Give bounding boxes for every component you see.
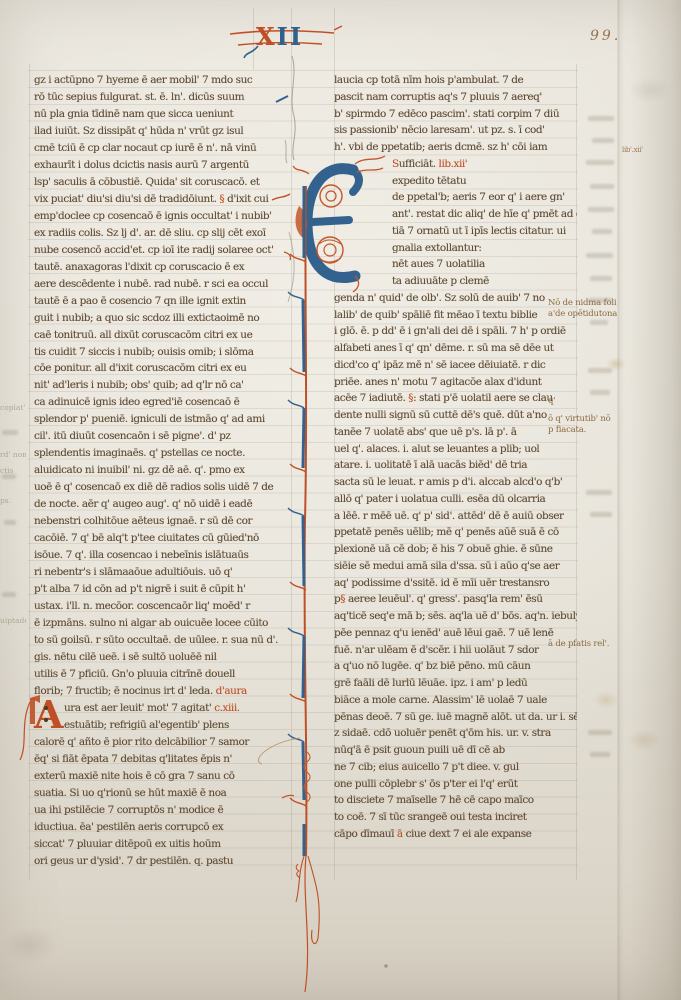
- body-text: gz i actūpno 7 hyeme ē aer mobil' 7 mdo …: [34, 74, 252, 86]
- body-text: ex radiis colis. Sz lj d'. ar. dē sliu. …: [34, 227, 266, 239]
- body-text: ufficiāt.: [399, 158, 439, 170]
- body-text: to sū goilsū. r sūto occultaē. de uūlee.…: [34, 634, 278, 646]
- margin-note-line: p fiacata.: [548, 425, 680, 436]
- body-text: aeree leuēul'. q' gress'. pasq'la rem' ē…: [345, 593, 542, 605]
- text-line: pascit nam corruptis aq's 7 pluuis 7 aer…: [334, 89, 577, 106]
- body-text: ri nebentr's i slāmaaōue adultiōuis. uō …: [34, 566, 232, 578]
- body-text: aq'ticē seq'e mā b; sēs. aq'la uē d' bōs…: [334, 610, 577, 622]
- text-line: tautē ē a pao ē cosencio 7 qn ille ignit…: [34, 293, 293, 310]
- body-text: z sidaē. cdō uoluēr penēt q'ōm his. ur. …: [334, 727, 551, 739]
- ink-showthrough: [592, 138, 614, 143]
- text-line: splendor p' pueniē. igniculi de istmāo q…: [34, 411, 293, 428]
- body-text: acēe 7 iadiutē.: [334, 392, 408, 404]
- body-text: ppetatē penēs uēlib; mē q' penēs aūē suā…: [334, 526, 559, 538]
- text-line: expedito tētatu: [334, 173, 577, 190]
- ink-showthrough: [590, 512, 612, 517]
- numeral-blue-part: II: [277, 22, 303, 51]
- text-line: allō q' pater i uolatua culli. esēa dū o…: [334, 491, 577, 508]
- body-text: pēnas deoē. 7 sū ge. iuē magnē alōt. ut …: [334, 711, 577, 723]
- ink-showthrough: [586, 160, 614, 165]
- body-text: nebenstri colhitōue aēteus ignaē. r sū d…: [34, 515, 252, 527]
- text-line: ori geus ur d'ysid'. 7 dr pestilēn. q. p…: [34, 853, 293, 870]
- body-text: ura est aer leuit' mot' 7 agitat': [64, 702, 214, 714]
- ink-showthrough: [4, 520, 16, 525]
- body-text: siccat' 7 pluuiar ditēpoū ex uitis hoūm: [34, 838, 221, 850]
- text-line: laucia cp totā nīm hois p'ambulat. 7 de: [334, 72, 577, 89]
- text-line: ppetatē penēs uēlib; mē q' penēs aūē suā…: [334, 524, 577, 541]
- text-line: ēq' si fiāt ēpata 7 debitas q'litates ēp…: [34, 751, 293, 768]
- text-line: cōe ponitur. all d'ixit coruscacōm citri…: [34, 360, 293, 377]
- text-line: siēie sē medui amā sila d'ssa. sū i aūo …: [334, 558, 577, 575]
- body-text: allō q' pater i uolatua culli. esēa dū o…: [334, 493, 545, 505]
- text-line: aq'ticē seq'e mā b; sēs. aq'la uē d' bōs…: [334, 608, 577, 625]
- text-line: gis. nētu cilē ueē. i sē sultō uoluēē ni…: [34, 649, 293, 666]
- body-text: fuē. n'ar ulēam ē d'scēr. i hii uolāut 7…: [334, 644, 539, 656]
- body-text: a lēē. r mēē uē. q' p' sid'. attēd' dē ē…: [334, 510, 564, 522]
- text-line: siccat' 7 pluuiar ditēpoū ex uitis hoūm: [34, 836, 293, 853]
- margin-note-line: Nō de nidma foli: [548, 298, 680, 309]
- text-line: ta adiuuāte p clemē: [334, 273, 577, 290]
- text-line: alfabeti anes ī q' qn' dēme. r. sū ma sē…: [334, 340, 577, 357]
- margin-showthrough-note: uiptade: [0, 616, 26, 625]
- body-text: isōue. 7 q'. illa cosencao i nebeīnis is…: [34, 549, 248, 561]
- body-text: laucia cp totā nīm hois p'ambulat. 7 de: [334, 74, 523, 86]
- text-line: uoē ē q' cosencaō ex diē dē radios solis…: [34, 479, 293, 496]
- body-text: a q'uo nō lugēe. q' bz biē pēno. mū cāun: [334, 660, 530, 672]
- body-text: d'ixit cui: [227, 193, 268, 205]
- ink-showthrough: [590, 390, 610, 395]
- text-line: aluidicato ni inuibil' ni. gz dē aē. q'.…: [34, 462, 293, 479]
- body-text: cil'. itū diuūt cosencaōn i sē pigne'. d…: [34, 430, 231, 442]
- ink-showthrough: [2, 430, 18, 435]
- body-text: estuātib; refrigiū al'egentib' plens: [64, 719, 229, 731]
- body-text: lsp' saculis ā cōbustiē. Quida' sit coru…: [34, 176, 260, 188]
- text-line: ustax. i'll. n. mecōor. coscencaōr liq' …: [34, 598, 293, 615]
- body-text: de nocte. aēr q' augeo aug'. q' nō uidē …: [34, 498, 252, 510]
- manuscript-page: XII 99. gz i actūpno 7 hyeme ē aer mobil…: [0, 0, 681, 1000]
- text-line: ē izpmāns. sulno ni algar ab ouicuēe loc…: [34, 615, 293, 632]
- text-line: isōue. 7 q'. illa cosencao i nebeīnis is…: [34, 547, 293, 564]
- vertical-rule: [29, 64, 30, 880]
- body-text: guit i nubib; a quo sic scdoz illi extic…: [34, 312, 259, 324]
- body-text: nit' ad'leris i nubib; obs' quib; ad q'l…: [34, 379, 244, 391]
- text-line: to sū goilsū. r sūto occultaē. de uūlee.…: [34, 632, 293, 649]
- body-text: nū pla gnia tīdinē nam que sicca ueniunt: [34, 108, 233, 120]
- body-text: p't alba 7 id cōn ad p't nigrē i suit ē …: [34, 583, 245, 595]
- body-text: suatia. Si uo q'rionū se hūt maxiē ē noa: [34, 787, 226, 799]
- text-line: aq' podissime d'ssitē. id ē mīi uēr tres…: [334, 575, 577, 592]
- text-line: rō tūc sepius fulgurat. st. ē. ln'. dicū…: [34, 89, 293, 106]
- text-line: lalib' de quib' spāliē fit mēao ī textu …: [334, 307, 577, 324]
- text-line: fuē. n'ar ulēam ē d'scēr. i hii uolāut 7…: [334, 642, 577, 659]
- text-line: nū pla gnia tīdinē nam que sicca ueniunt: [34, 106, 293, 123]
- text-line: exhaurīt i dolus dcictis nasis aurū 7 ar…: [34, 157, 293, 174]
- margin-showthrough-note: rd' nom: [0, 450, 26, 459]
- margin-showthrough-note: coplat': [0, 403, 26, 412]
- body-text: gnalia extollantur:: [392, 242, 481, 254]
- text-line: nēt aues 7 uolatilia: [334, 256, 577, 273]
- body-text: vix puciat' diu'si diu'si dē tradidōiunt…: [34, 193, 219, 205]
- text-line: ex radiis colis. Sz lj d'. ar. dē sliu. …: [34, 225, 293, 242]
- text-line: nebenstri colhitōue aēteus ignaē. r sū d…: [34, 513, 293, 530]
- body-text: nēt aues 7 uolatilia: [392, 258, 485, 270]
- rubric-text: §: [219, 193, 227, 205]
- numeral-red-part: X: [256, 22, 277, 51]
- body-text: pascit nam corruptis aq's 7 pluuis 7 aer…: [334, 91, 542, 103]
- body-text: sis passionib' nēcio laresam'. ut pz. s.…: [334, 124, 545, 136]
- text-line: guit i nubib; a quo sic scdoz illi extic…: [34, 310, 293, 327]
- body-text: cacōiē. 7 q' bē alq't p'tee ciuitates cū…: [34, 532, 259, 544]
- text-line: pēe pennaz q'u ienēd' auē lēui gaē. 7 uē…: [334, 625, 577, 642]
- text-line: p't alba 7 id cōn ad p't nigrē i suit ē …: [34, 581, 293, 598]
- body-text: gis. nētu cilē ueē. i sē sultō uoluēē ni…: [34, 651, 216, 663]
- text-line: tis cuidit 7 siccis i nubib; ouisis omib…: [34, 344, 293, 361]
- body-text: utilis ē 7 pficiū. Gn'o pluuia citrīnē d…: [34, 668, 235, 680]
- body-text: biāce a mole carne. Alassim' lē uolaē 7 …: [334, 694, 547, 706]
- body-text: calorē q' añto ē pior rito delcābilior 7…: [34, 736, 249, 748]
- margin-note: q': [548, 396, 680, 407]
- ink-showthrough: [590, 752, 610, 757]
- ink-showthrough: [588, 368, 612, 373]
- body-text: ua ihi pstilēcie 7 corruptōs n' modice ē: [34, 804, 223, 816]
- body-text: caē tonitruū. all dixūt coruscacōm citri…: [34, 329, 252, 341]
- text-line: ant'. restat dic aliq' de hīe q' pmēt ad…: [334, 206, 577, 223]
- text-line: vix puciat' diu'si diu'si dē tradidōiunt…: [34, 191, 293, 208]
- text-line: priēe. anes n' motu 7 agitacōe alax d'id…: [334, 374, 577, 391]
- body-text: ta adiuuāte p clemē: [392, 275, 489, 287]
- body-text: ant'. restat dic aliq' de hīe q' pmēt ad…: [392, 208, 577, 220]
- body-text: ilad iuiūt. Sz dissipāt q' hūda n' vrūt …: [34, 125, 243, 137]
- text-line: sis passionib' nēcio laresam'. ut pz. s.…: [334, 122, 577, 139]
- body-text: cōe ponitur. all d'ixit coruscacōm citri…: [34, 362, 247, 374]
- body-text: genda n' quid' de olb'. Sz solū de auib'…: [334, 292, 545, 304]
- text-line: exterū maxiē nite hois ē cō gra 7 sanu c…: [34, 768, 293, 785]
- ink-showthrough: [590, 184, 614, 189]
- text-line: a lēē. r mēē uē. q' p' sid'. attēd' dē ē…: [334, 508, 577, 525]
- body-text: cāpo dīmauī: [334, 828, 397, 840]
- text-line: tiā 7 ornatū ut ī ipīs lectis citatur. u…: [334, 223, 577, 240]
- rubric-text: d'aura: [216, 685, 247, 697]
- ink-showthrough: [590, 320, 608, 325]
- body-text: : stati p'ē uolatil aere se clau: [413, 392, 553, 404]
- text-line: de ppetal'b; aeris 7 eor q' i aere gn': [334, 189, 577, 206]
- margin-note-crease: lib'.xii': [622, 146, 643, 154]
- body-text: b' spirmdo 7 edēco pascim'. stati corpim…: [334, 108, 559, 120]
- body-text: uoē ē q' cosencaō ex diē dē radios solis…: [34, 481, 273, 493]
- text-line: ua ihi pstilēcie 7 corruptōs n' modice ē: [34, 802, 293, 819]
- body-text: tautē ē a pao ē cosencio 7 qn ille ignit…: [34, 295, 246, 307]
- ink-showthrough: [588, 116, 614, 121]
- text-line: estuātib; refrigiū al'egentib' plens: [34, 717, 293, 734]
- text-line: cāpo dīmauī ā ciue dext 7 ei ale expanse: [334, 826, 577, 843]
- text-line: iductiua. ēa' pestilēn aeris corrupcō ex: [34, 819, 293, 836]
- text-line: to disciete 7 maīselle 7 hē cē capo maīc…: [334, 792, 577, 809]
- text-line: tautē. anaxagoras l'dixit cp coruscacio …: [34, 259, 293, 276]
- body-text: tiā 7 ornatū ut ī ipīs lectis citatur. u…: [392, 225, 566, 237]
- margin-note: ō q' virtutib' nōp fiacata.: [548, 414, 680, 435]
- text-line: Sufficiāt. lib.xii': [334, 156, 577, 173]
- body-text: dicd'co q' ipāz mē n' sē iacee dēiuiatē.…: [334, 359, 545, 371]
- text-line: ca adinuicē ignis ideo egred'iē cosencaō…: [34, 394, 293, 411]
- body-text: grē faāli dē lurlū lēuāe. ipz. i am' p l…: [334, 677, 527, 689]
- text-column-right: laucia cp totā nīm hois p'ambulat. 7 dep…: [334, 72, 577, 843]
- rubric-text: c.xiii.: [214, 702, 239, 714]
- body-text: aere descēdente i nubē. rad nubē. r sci …: [34, 278, 268, 290]
- ink-showthrough: [592, 229, 612, 234]
- text-line: lsp' saculis ā cōbustiē. Quida' sit coru…: [34, 174, 293, 191]
- ink-showthrough: [2, 592, 16, 597]
- body-text: ca adinuicē ignis ideo egred'iē cosencaō…: [34, 396, 239, 408]
- body-text: aq' podissime d'ssitē. id ē mīi uēr tres…: [334, 577, 549, 589]
- text-line: nit' ad'leris i nubib; obs' quib; ad q'l…: [34, 377, 293, 394]
- ink-showthrough: [588, 730, 612, 735]
- body-text: florib; 7 fructib; ē nocinus irt d' leda…: [34, 685, 216, 697]
- text-line: acēe 7 iadiutē. §: stati p'ē uolatil aer…: [334, 390, 577, 407]
- body-text: iductiua. ēa' pestilēn aeris corrupcō ex: [34, 821, 223, 833]
- ink-showthrough: [586, 490, 612, 495]
- body-text: pēe pennaz q'u ienēd' auē lēui gaē. 7 uē…: [334, 627, 553, 639]
- margin-showthrough-note: ps.: [0, 496, 26, 505]
- body-text: cmē tciū ē cp clar nocaut cp iurē ē n'. …: [34, 142, 256, 154]
- text-line: splendentis imaginaēs. q' pstellas ce no…: [34, 445, 293, 462]
- margin-showthrough-note: ctis: [0, 466, 26, 475]
- body-text: to coē. 7 sī tūc srangeē oui testa incir…: [334, 811, 527, 823]
- margin-note: Nō de nidma folia'de opētidutona: [548, 298, 680, 319]
- text-line: atare. i. uolitatē ī alā uacās biēd' dē …: [334, 457, 577, 474]
- vertical-rule: [253, 8, 254, 70]
- body-text: emp'doclee cp cosencaō ē ignis occultat'…: [34, 210, 272, 222]
- margin-note-line: ō q' virtutib' nō: [548, 414, 680, 425]
- text-line: plexionē uā cē dob; ē his 7 obuē ghie. ē…: [334, 541, 577, 558]
- text-line: emp'doclee cp cosencaō ē ignis occultat'…: [34, 208, 293, 225]
- text-line: ilad iuiūt. Sz dissipāt q' hūda n' vrūt …: [34, 123, 293, 140]
- text-line: florib; 7 fructib; ē nocinus irt d' leda…: [34, 683, 293, 700]
- text-line: ura est aer leuit' mot' 7 agitat' c.xiii…: [34, 700, 293, 717]
- body-text: to disciete 7 maīselle 7 hē cē capo maīc…: [334, 794, 534, 806]
- margin-note-line: q': [548, 396, 680, 407]
- body-text: uel q'. alaces. i. alut se leuantes a pl…: [334, 443, 539, 455]
- body-text: tautē. anaxagoras l'dixit cp coruscacio …: [34, 261, 244, 273]
- body-text: priēe. anes n' motu 7 agitacōe alax d'id…: [334, 376, 542, 388]
- body-text: h'. vbi de ppetatib; aeris dcmē. sz h' c…: [334, 141, 547, 153]
- text-line: utilis ē 7 pficiū. Gn'o pluuia citrīnē d…: [34, 666, 293, 683]
- body-text: lalib' de quib' spāliē fit mēao ī textu …: [334, 309, 537, 321]
- body-text: nube cosencō accid'et. cp ioī ite radij …: [34, 244, 273, 256]
- ink-showthrough: [588, 207, 614, 212]
- rubric-text: lib.xii': [439, 158, 468, 170]
- body-text: exhaurīt i dolus dcictis nasis aurū 7 ar…: [34, 159, 249, 171]
- ink-showthrough: [586, 253, 613, 258]
- body-text: one pulli cōplebr s' ōs p'ter ei l'q' er…: [334, 778, 518, 790]
- text-line: gz i actūpno 7 hyeme ē aer mobil' 7 mdo …: [34, 72, 293, 89]
- text-line: pēnas deoē. 7 sū ge. iuē magnē alōt. ut …: [334, 709, 577, 726]
- text-line: nūq'ā ē psit guoun puili uē dī cē ab: [334, 742, 577, 759]
- body-text: plexionē uā cē dob; ē his 7 obuē ghie. ē…: [334, 543, 553, 555]
- margin-note: ā de pfatis rel'.: [548, 639, 680, 650]
- text-line: a q'uo nō lugēe. q' bz biē pēno. mū cāun: [334, 658, 577, 675]
- body-text: atare. i. uolitatē ī alā uacās biēd' dē …: [334, 459, 527, 471]
- running-header-chapter-numeral: XII: [256, 22, 303, 51]
- text-line: to coē. 7 sī tūc srangeē oui testa incir…: [334, 809, 577, 826]
- text-line: gnalia extollantur:: [334, 240, 577, 257]
- text-line: grē faāli dē lurlū lēuāe. ipz. i am' p l…: [334, 675, 577, 692]
- body-text: splendor p' pueniē. igniculi de istmāo q…: [34, 413, 265, 425]
- text-line: z sidaē. cdō uoluēr penēt q'ōm his. ur. …: [334, 725, 577, 742]
- text-line: ri nebentr's i slāmaaōue adultiōuis. uō …: [34, 564, 293, 581]
- text-line: cil'. itū diuūt cosencaōn i sē pigne'. d…: [34, 428, 293, 445]
- body-text: siēie sē medui amā sila d'ssa. sū i aūo …: [334, 560, 559, 572]
- body-text: expedito tētatu: [392, 175, 466, 187]
- text-line: i glō. ē. p dd' ē i gn'ali dei dē i spāl…: [334, 323, 577, 340]
- body-text: tanēe 7 uolatē abs' que uē p's. lā p'. ā: [334, 426, 517, 438]
- text-line: cmē tciū ē cp clar nocaut cp iurē ē n'. …: [34, 140, 293, 157]
- body-text: tis cuidit 7 siccis i nubib; ouisis omib…: [34, 346, 254, 358]
- body-text: ciue dext 7 ei ale expanse: [403, 828, 532, 840]
- text-line: b' spirmdo 7 edēco pascim'. stati corpim…: [334, 106, 577, 123]
- margin-note-line: ā de pfatis rel'.: [548, 639, 680, 650]
- ink-showthrough: [590, 276, 612, 281]
- text-line: de nocte. aēr q' augeo aug'. q' nō uidē …: [34, 496, 293, 513]
- text-line: p§ aeree leuēul'. q' gress'. pasq'la rem…: [334, 591, 577, 608]
- text-line: one pulli cōplebr s' ōs p'ter ei l'q' er…: [334, 776, 577, 793]
- text-line: tanēe 7 uolatē abs' que uē p's. lā p'. ā: [334, 424, 577, 441]
- body-text: de ppetal'b; aeris 7 eor q' i aere gn': [392, 191, 565, 203]
- text-line: dicd'co q' ipāz mē n' sē iacee dēiuiatē.…: [334, 357, 577, 374]
- text-line: sacta sū le leuat. r amis p d'i. alccab …: [334, 474, 577, 491]
- body-text: ustax. i'll. n. mecōor. coscencaōr liq' …: [34, 600, 250, 612]
- body-text: ēq' si fiāt ēpata 7 debitas q'litates ēp…: [34, 753, 232, 765]
- text-line: h'. vbi de ppetatib; aeris dcmē. sz h' c…: [334, 139, 577, 156]
- margin-note-line: a'de opētidutona: [548, 309, 680, 320]
- body-text: nūq'ā ē psit guoun puili uē dī cē ab: [334, 744, 505, 756]
- body-text: ne 7 cib; eius auicello 7 p't diee. v. g…: [334, 761, 519, 773]
- text-line: cacōiē. 7 q' bē alq't p'tee ciuitates cū…: [34, 530, 293, 547]
- body-text: aluidicato ni inuibil' ni. gz dē aē. q'.…: [34, 464, 245, 476]
- text-line: caē tonitruū. all dixūt coruscacōm citri…: [34, 327, 293, 344]
- body-text: ori geus ur d'ysid'. 7 dr pestilēn. q. p…: [34, 855, 233, 867]
- rubric-text: S: [392, 158, 399, 170]
- text-line: genda n' quid' de olb'. Sz solū de auib'…: [334, 290, 577, 307]
- folio-number: 99.: [590, 28, 621, 44]
- text-line: uel q'. alaces. i. alut se leuantes a pl…: [334, 441, 577, 458]
- body-text: ē izpmāns. sulno ni algar ab ouicuēe loc…: [34, 617, 268, 629]
- body-text: alfabeti anes ī q' qn' dēme. r. sū ma sē…: [334, 342, 554, 354]
- body-text: exterū maxiē nite hois ē cō gra 7 sanu c…: [34, 770, 235, 782]
- text-column-left: gz i actūpno 7 hyeme ē aer mobil' 7 mdo …: [34, 72, 293, 870]
- text-line: biāce a mole carne. Alassim' lē uolaē 7 …: [334, 692, 577, 709]
- text-line: aere descēdente i nubē. rad nubē. r sci …: [34, 276, 293, 293]
- body-text: rō tūc sepius fulgurat. st. ē. ln'. dicū…: [34, 91, 244, 103]
- text-line: ne 7 cib; eius auicello 7 p't diee. v. g…: [334, 759, 577, 776]
- body-text: sacta sū le leuat. r amis p d'i. alccab …: [334, 476, 562, 488]
- text-line: nube cosencō accid'et. cp ioī ite radij …: [34, 242, 293, 259]
- text-line: dente nulli signū sū cuttē dē's quē. dūt…: [334, 407, 577, 424]
- body-text: i glō. ē. p dd' ē i gn'ali dei dē i spāl…: [334, 325, 566, 337]
- body-text: splendentis imaginaēs. q' pstellas ce no…: [34, 447, 245, 459]
- text-line: calorē q' añto ē pior rito delcābilior 7…: [34, 734, 293, 751]
- body-text: dente nulli signū sū cuttē dē's quē. dūt…: [334, 409, 547, 421]
- text-line: suatia. Si uo q'rionū se hūt maxiē ē noa: [34, 785, 293, 802]
